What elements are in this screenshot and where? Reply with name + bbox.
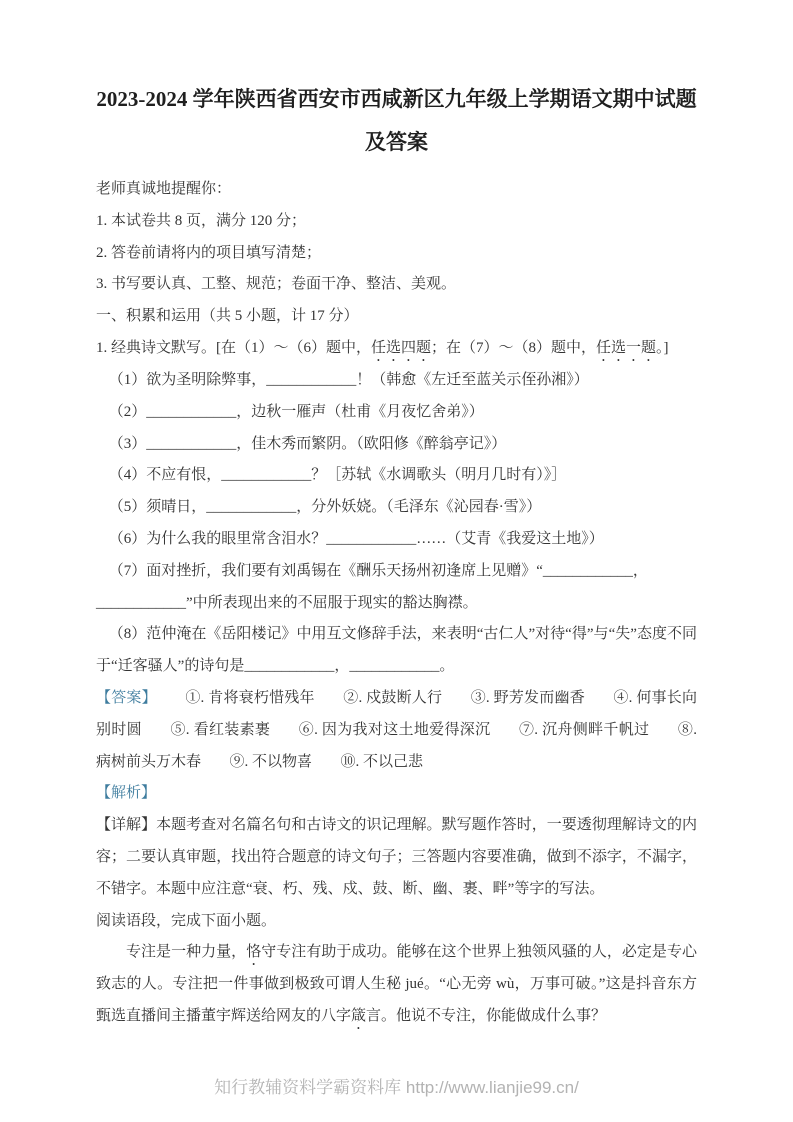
answer-item-10: ⑩. 不以己悲 <box>341 754 424 770</box>
q1-stem-part: 1. 经典诗文默写。[在（1）～（6）题中， <box>96 340 371 356</box>
q1-item-8: （8）范仲淹在《岳阳楼记》中用互文修辞手法，来表明“古仁人”对待“得”与“失”态… <box>96 619 697 683</box>
footer-site-name: 知行教辅资料学霸资料库 <box>214 1078 406 1097</box>
q1-item-7-line-1: （7）面对挫折，我们要有刘禹锡在《酬乐天扬州初逢席上见赠》“__________… <box>96 556 697 588</box>
answer-item-2: ②. 戍鼓断人行 <box>343 690 442 706</box>
q1-stem-part: ；在（7）～（8）题中， <box>431 340 596 356</box>
reading-paragraph: 专注是一种力量，恪守专注有助于成功。能够在这个世界上独领风骚的人，必定是专心致志… <box>96 937 697 1033</box>
footer-credit: 知行教辅资料学霸资料库 http://www.lianjie99.cn/ <box>0 1073 793 1098</box>
q1-stem-part: 。] <box>656 340 669 356</box>
answer-item-5: ⑤. 看红装素裹 <box>170 722 270 738</box>
detail-text: 本题考查对名篇名句和古诗文的识记理解。默写题作答时，一要透彻理解诗文的内容；二要… <box>96 817 697 897</box>
q1-stem-emphasis: 任选一题 <box>596 340 656 356</box>
q1-stem-emphasis: 任选四题 <box>371 340 431 356</box>
answer-item-3: ③. 野芳发而幽香 <box>471 690 585 706</box>
answer-block: 【答案】①. 肯将衰朽惜残年②. 戍鼓断人行③. 野芳发而幽香④. 何事长向别时… <box>96 683 697 778</box>
q1-item-4: （4）不应有恨，____________？［苏轼《水调歌头（明月几时有）》］ <box>96 460 697 492</box>
analysis-label: 【解析】 <box>96 785 156 801</box>
q1-item-1: （1）欲为圣明除弊事，____________！（韩愈《左迁至蓝关示侄孙湘》） <box>96 365 697 397</box>
reading-emphasis: 恪 <box>246 944 261 960</box>
answer-item-9: ⑨. 不以物喜 <box>230 754 313 770</box>
notice-intro: 老师真诚地提醒你： <box>96 174 697 206</box>
document-page: 2023-2024 学年陕西省西安市西咸新区九年级上学期语文期中试题及答案 老师… <box>0 0 793 1122</box>
reading-emphasis: 箴 <box>351 1008 366 1024</box>
reading-part: 言。他说不专注，你能做成什么事？ <box>366 1008 606 1024</box>
answer-label: 【答案】 <box>96 690 157 706</box>
answer-item-6: ⑥. 因为我对这土地爱得深沉 <box>299 722 491 738</box>
answer-item-7: ⑦. 沉舟侧畔千帆过 <box>519 722 649 738</box>
q1-item-2: （2）____________，边秋一雁声（杜甫《月夜忆舍弟》） <box>96 397 697 429</box>
detail-paragraph: 【详解】本题考查对名篇名句和古诗文的识记理解。默写题作答时，一要透彻理解诗文的内… <box>96 810 697 905</box>
q1-item-7-line-2: ____________”中所表现出来的不屈服于现实的豁达胸襟。 <box>96 588 697 620</box>
notice-item-1: 1. 本试卷共 8 页，满分 120 分； <box>96 206 697 238</box>
footer-link[interactable]: http://www.lianjie99.cn/ <box>406 1078 579 1097</box>
reading-part: 专注是一种力量， <box>126 944 246 960</box>
section-heading: 一、积累和运用（共 5 小题，计 17 分） <box>96 301 697 333</box>
reading-lead: 阅读语段，完成下面小题。 <box>96 906 697 938</box>
notice-item-2: 2. 答卷前请将内的项目填写清楚； <box>96 238 697 270</box>
q1-item-3: （3）____________，佳木秀而繁阴。（欧阳修《醉翁亭记》） <box>96 429 697 461</box>
notice-item-3: 3. 书写要认真、工整、规范；卷面干净、整洁、美观。 <box>96 269 697 301</box>
q1-item-5: （5）须晴日，____________，分外妖娆。（毛泽东《沁园春·雪》） <box>96 492 697 524</box>
doc-title: 2023-2024 学年陕西省西安市西咸新区九年级上学期语文期中试题及答案 <box>96 78 697 164</box>
answer-item-1: ①. 肯将衰朽惜残年 <box>185 690 314 706</box>
q1-item-6: （6）为什么我的眼里常含泪水？____________……（艾青《我爱这土地》） <box>96 524 697 556</box>
q1-stem: 1. 经典诗文默写。[在（1）～（6）题中，任选四题；在（7）～（8）题中，任选… <box>96 333 697 365</box>
analysis-block: 【解析】 <box>96 778 697 810</box>
detail-label: 【详解】 <box>96 817 156 833</box>
section-heading-text: 一、积累和运用（共 5 小题，计 17 分） <box>96 308 359 324</box>
